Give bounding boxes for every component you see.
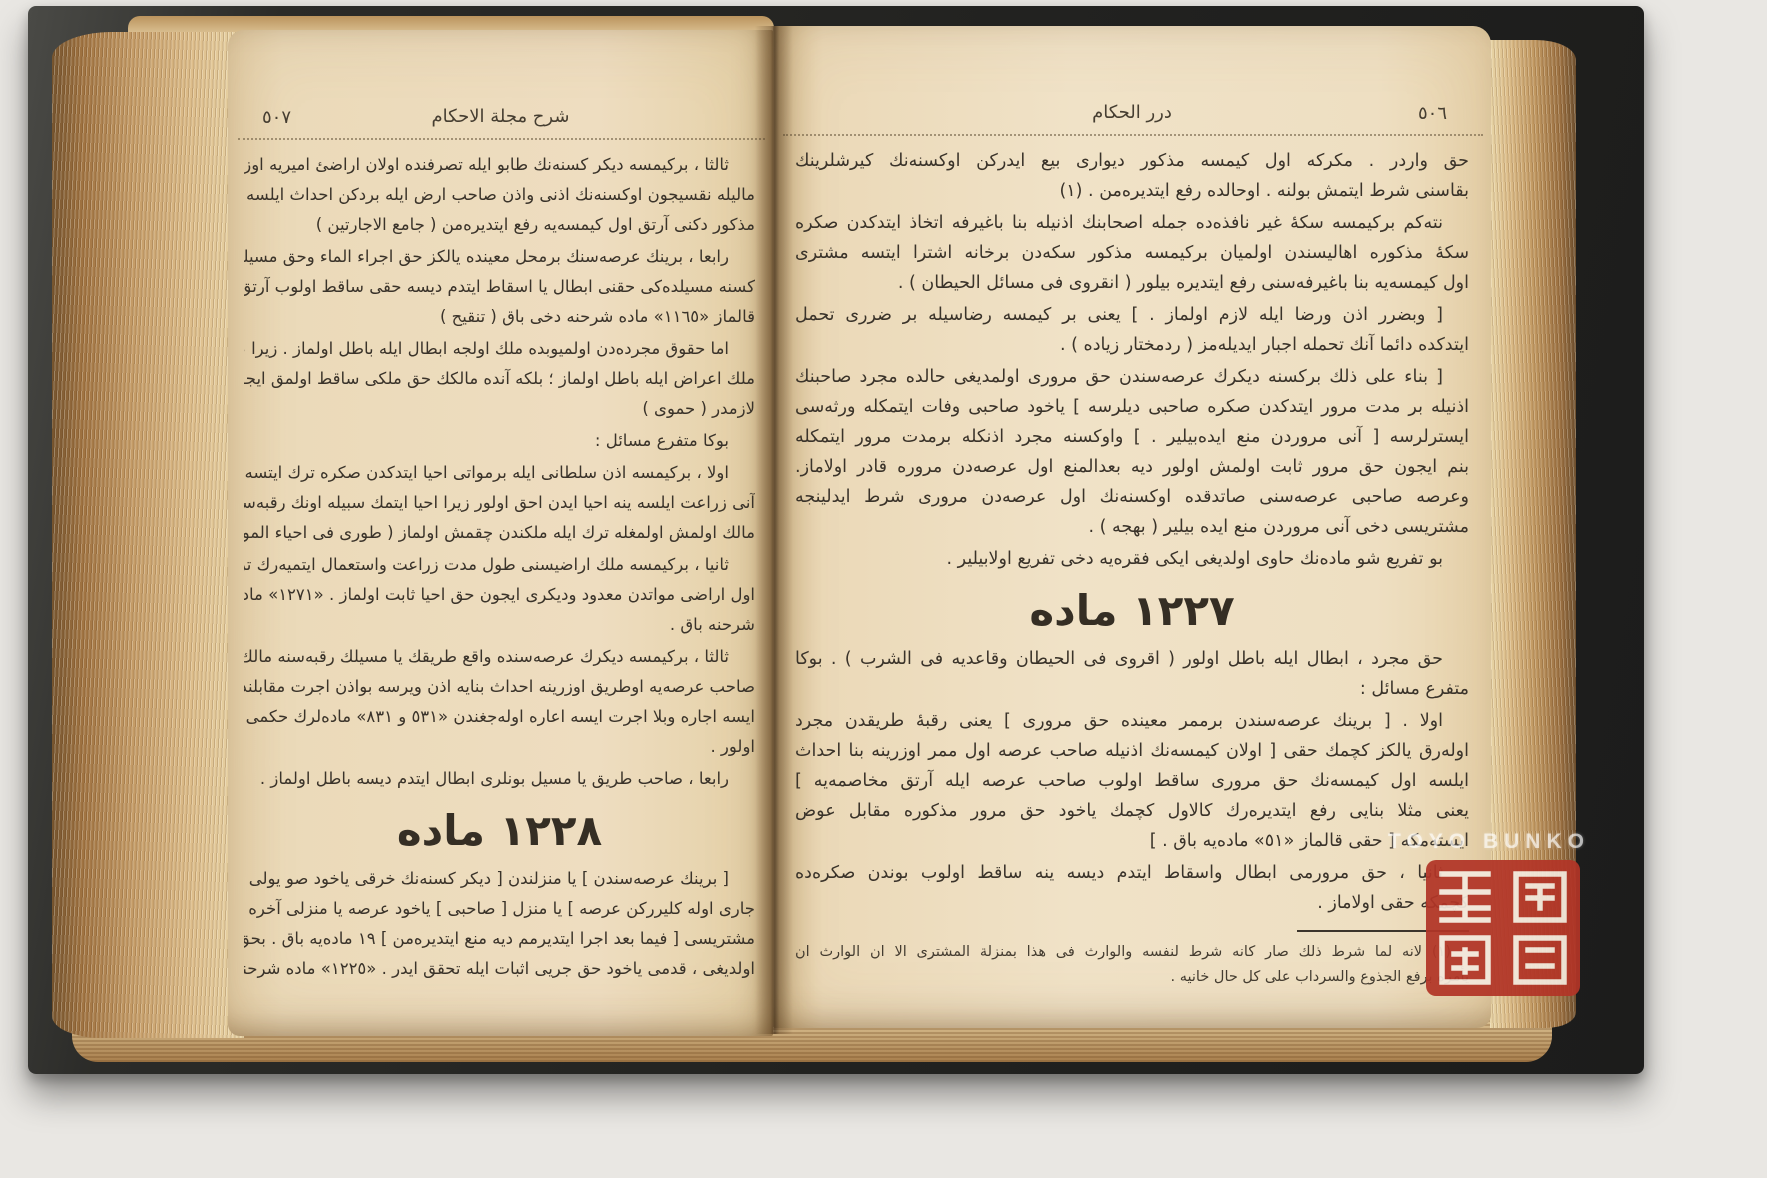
- paragraph: حق مجرد ، ابطال ايله باطل اولور ( اقروى …: [795, 644, 1469, 704]
- text-line: قالماز «١١٦٥» ماده شرحنه دخى باق ( تنقيح…: [244, 302, 755, 332]
- text-line: مشتريسى [ فيما بعد اجرا ايتديرمم ديه منع…: [244, 924, 755, 954]
- text-line: كسنه مسيلده‌كى حقنى ابطال يا اسقاط ايتدم…: [244, 272, 755, 302]
- text-line: حق واردر . مكركه اول كيمسه مذكور ديوارى …: [795, 146, 1469, 176]
- paragraph: [ وبضرر اذن ورضا ايله لازم اولماز . ] يع…: [795, 300, 1469, 360]
- text-line: ماليله نقسيجون اوكسنه‌نك اذنى واذن صاحب …: [244, 180, 755, 210]
- text-line: اول اراضى مواتدن معدود وديكرى ايجون حق ا…: [244, 580, 755, 610]
- text-line: اولديغى ، قدمى ياخود حق جريى اثبات ايله …: [244, 954, 755, 984]
- text-line: آنى زراعت ايلسه ينه احيا ايدن احق اولور …: [244, 488, 755, 518]
- text-line: جارى اوله كليرركن عرصه ] يا منزل [ صاحبى…: [244, 894, 755, 924]
- text-line: اولا ، بركيمسه اذن سلطانى ايله برمواتى ا…: [244, 458, 755, 488]
- text-line: [ برينك عرصه‌سندن ] يا منزلندن [ ديكر كس…: [244, 864, 755, 894]
- right-page: درر الحكام ٥٠٦ حق واردر . مكركه اول كيمس…: [773, 26, 1491, 1028]
- text-line: بو تفريع شو ماده‌نك حاوى اولديغى ايكى فق…: [795, 544, 1469, 574]
- right-page-running-head: درر الحكام ٥٠٦: [791, 102, 1473, 130]
- paragraph: ثالثا ، بركيمسه ديكر كسنه‌نك طابو ايله ت…: [244, 150, 755, 240]
- text-line: مالك اولمش اولمغله ترك ايله ملكندن چقمش …: [244, 518, 755, 548]
- text-line: حق مجرد ، ابطال ايله باطل اولور ( اقروى …: [795, 644, 1469, 674]
- text-line: ثالثا ، بركيمسه ديكر كسنه‌نك طابو ايله ت…: [244, 150, 755, 180]
- paragraph: ثالثا ، بركيمسه ديكرك عرصه‌سنده واقع طري…: [244, 642, 755, 762]
- left-page-running-head: شرح مجلة الاحكام ٥٠٧: [246, 106, 755, 134]
- text-line: صاحب عرصه‌يه اوطريق اوزرينه احداث بنايه …: [244, 672, 755, 702]
- paragraph: نته‌كم بركيمسه سكهٔ غير نافذه‌ده جمله اص…: [795, 208, 1469, 298]
- text-line: اولا . [ برينك عرصه‌سندن برممر معينده حق…: [795, 706, 1469, 736]
- text-line: متفرع مسائل :: [795, 674, 1469, 704]
- text-line: بوكا متفرع مسائل :: [244, 426, 755, 456]
- text-line: بقاسنى شرط ايتمش بولنه . اوحالده رفع ايت…: [795, 176, 1469, 206]
- text-line: ايسته‌مكه [ حقى قالماز «٥١» ماده‌يه باق …: [795, 826, 1469, 856]
- footnote-line: (١) لانه لما شرط ذلك صار كانه شرط لنفسه …: [795, 940, 1469, 965]
- gutter-shadow: [755, 26, 793, 1034]
- text-line: ايسترلرسه [ آنى مروردن منع ايده‌بيلير . …: [795, 422, 1469, 452]
- paragraph: [ بناء على ذلك بركسنه ديكرك عرصه‌سندن حق…: [795, 362, 1469, 542]
- text-line: مشتريسى دخى آنى مروردن منع ايده بيلير ( …: [795, 512, 1469, 542]
- text-line: ثانيا ، حق مرورمى ابطال واسقاط ايتدم ديس…: [795, 858, 1469, 888]
- paragraph: رابعا ، برينك عرصه‌سنك برمحل معينده يالك…: [244, 242, 755, 332]
- madde-heading: ١٢٢٨ ماده: [244, 806, 755, 856]
- text-line: ثالثا ، بركيمسه ديكرك عرصه‌سنده واقع طري…: [244, 642, 755, 672]
- right-page-header-title: درر الحكام: [791, 102, 1473, 123]
- paragraph: ثانيا ، بركيمسه ملك اراضيسنى طول مدت زرا…: [244, 550, 755, 640]
- text-line: بنم ايجون حق مرور ثابت اولمش اولور ديه ب…: [795, 452, 1469, 482]
- text-line: اولور .: [244, 732, 755, 762]
- text-line: يعنى مثلا بنايى رفع ايتديره‌رك كالاول كچ…: [795, 796, 1469, 826]
- right-page-text: حق واردر . مكركه اول كيمسه مذكور ديوارى …: [795, 144, 1469, 990]
- madde-heading: ١٢٢٧ ماده: [795, 586, 1469, 636]
- left-page: شرح مجلة الاحكام ٥٠٧ ثالثا ، بركيمسه ديك…: [228, 30, 773, 1036]
- text-line: رابعا ، برينك عرصه‌سنك برمحل معينده يالك…: [244, 242, 755, 272]
- text-line: ايسه اجاره وبلا اجرت ايسه اعاره اوله‌جغن…: [244, 702, 755, 732]
- paragraph: بوكا متفرع مسائل :: [244, 426, 755, 456]
- text-line: نته‌كم بركيمسه سكهٔ غير نافذه‌ده جمله اص…: [795, 208, 1469, 238]
- text-line: وعرصه صاحبى عرصه‌سنى صاتدقده اوكسنه‌نك ا…: [795, 482, 1469, 512]
- text-line: مذكور دكنى آرتق اول كيمسه‌يه رفع ايتديره…: [244, 210, 755, 240]
- text-line: شرحنه باق .: [244, 610, 755, 640]
- text-line: اما حقوق مجرده‌دن اولميوبده ملك اولجه اب…: [244, 334, 755, 364]
- paragraph: [ برينك عرصه‌سندن ] يا منزلندن [ ديكر كس…: [244, 864, 755, 984]
- text-line: اوله‌رق يالكز كچمك حقى [ اولان كيمسه‌نك …: [795, 736, 1469, 766]
- left-page-text: ثالثا ، بركيمسه ديكر كسنه‌نك طابو ايله ت…: [244, 148, 755, 986]
- paragraph: اولا ، بركيمسه اذن سلطانى ايله برمواتى ا…: [244, 458, 755, 548]
- text-line: سكهٔ مذكوره اهاليسندن اولميان بركيمسه مذ…: [795, 238, 1469, 268]
- paragraph: اما حقوق مجرده‌دن اولميوبده ملك اولجه اب…: [244, 334, 755, 424]
- paragraph: بو تفريع شو ماده‌نك حاوى اولديغى ايكى فق…: [795, 544, 1469, 574]
- book-photo: درر الحكام ٥٠٦ حق واردر . مكركه اول كيمس…: [0, 0, 1767, 1178]
- left-page-number: ٥٠٧: [262, 107, 291, 128]
- toyo-bunko-seal: [1424, 858, 1582, 998]
- text-line: اذنيله بر مدت مرور ايتدكدن صكره صاحبى دي…: [795, 392, 1469, 422]
- right-page-number: ٥٠٦: [1418, 103, 1447, 124]
- toyo-bunko-watermark-label: TOYO BUNKO: [1388, 830, 1590, 854]
- footnote: (١) لانه لما شرط ذلك صار كانه شرط لنفسه …: [795, 940, 1469, 990]
- text-line: [ بناء على ذلك بركسنه ديكرك عرصه‌سندن حق…: [795, 362, 1469, 392]
- text-line: ثانيا ، بركيمسه ملك اراضيسنى طول مدت زرا…: [244, 550, 755, 580]
- paragraph: حق واردر . مكركه اول كيمسه مذكور ديوارى …: [795, 146, 1469, 206]
- left-page-header-title: شرح مجلة الاحكام: [246, 106, 755, 127]
- text-line: رابعا ، صاحب طريق يا مسيل بونلرى ابطال ا…: [244, 764, 755, 794]
- text-line: كچمكه حقى اولاماز .: [795, 888, 1469, 918]
- text-line: ملك اعراض ايله باطل اولماز ؛ بلكه آنده م…: [244, 364, 755, 394]
- text-line: ايلسه اول كيمسه‌نك حق مرورى ساقط اولوب ص…: [795, 766, 1469, 796]
- left-header-rule: [238, 138, 765, 140]
- text-line: لازمدر ( حموى ): [244, 394, 755, 424]
- paragraph: رابعا ، صاحب طريق يا مسيل بونلرى ابطال ا…: [244, 764, 755, 794]
- paragraph: ثانيا ، حق مرورمى ابطال واسقاط ايتدم ديس…: [795, 858, 1469, 918]
- text-line: اول كيمسه‌يه بنا باغيرفه‌سنى رفع ايتديره…: [795, 268, 1469, 298]
- text-line: ايتدكده دائما آنك تحمله اجبار ايديله‌مز …: [795, 330, 1469, 360]
- text-line: [ وبضرر اذن ورضا ايله لازم اولماز . ] يع…: [795, 300, 1469, 330]
- right-header-rule: [783, 134, 1483, 136]
- page-edges-left: [52, 32, 244, 1038]
- footnote-line: يأمره برفع الجذوع والسرداب على كل حال خا…: [795, 965, 1469, 990]
- paragraph: اولا . [ برينك عرصه‌سندن برممر معينده حق…: [795, 706, 1469, 856]
